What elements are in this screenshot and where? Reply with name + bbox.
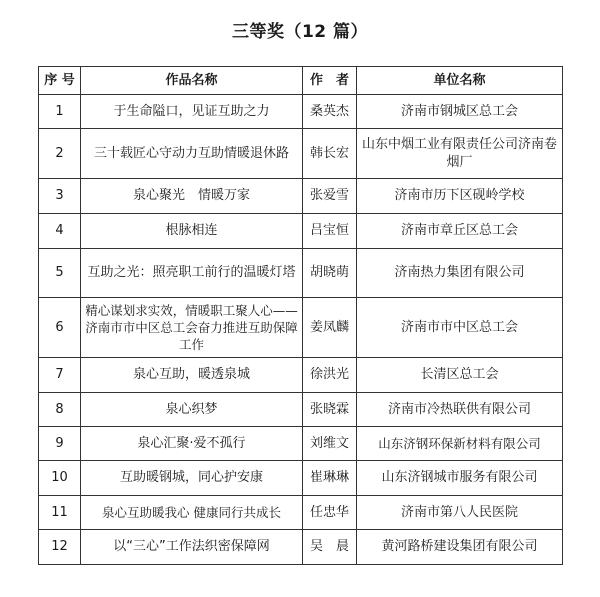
- row-title: 泉心互助暖我心 健康同行共成长: [81, 496, 303, 530]
- row-author: 徐洪光: [303, 358, 357, 393]
- table-row: 7 泉心互助，暖透泉城 徐洪光 长清区总工会: [39, 358, 563, 393]
- row-author: 吴 晨: [303, 530, 357, 565]
- table-row: 8 泉心织梦 张晓霖 济南市冷热联供有限公司: [39, 393, 563, 427]
- table-header-row: 序 号 作品名称 作 者 单位名称: [39, 67, 563, 95]
- header-no: 序 号: [39, 67, 81, 95]
- row-unit: 济南市历下区砚岭学校: [357, 179, 563, 214]
- page-title: 三等奖（12 篇）: [0, 17, 600, 42]
- row-title: 互助之光：照亮职工前行的温暖灯塔: [81, 249, 303, 298]
- row-author: 张爱雪: [303, 179, 357, 214]
- row-no: 2: [39, 129, 81, 179]
- awards-table: 序 号 作品名称 作 者 单位名称 1 于生命隘口，见证互助之力 桑英杰 济南市…: [38, 66, 563, 565]
- row-no: 8: [39, 393, 81, 427]
- row-unit: 济南市市中区总工会: [357, 298, 563, 358]
- row-author: 胡晓萌: [303, 249, 357, 298]
- row-no: 3: [39, 179, 81, 214]
- row-unit: 济南市第八人民医院: [357, 496, 563, 530]
- row-title: 泉心织梦: [81, 393, 303, 427]
- row-no: 9: [39, 427, 81, 461]
- row-author: 吕宝恒: [303, 214, 357, 249]
- row-author: 张晓霖: [303, 393, 357, 427]
- row-no: 12: [39, 530, 81, 565]
- table-row: 6 精心谋划求实效，情暖职工聚人心——济南市市中区总工会奋力推进互助保障工作 姜…: [39, 298, 563, 358]
- row-no: 7: [39, 358, 81, 393]
- row-unit: 黄河路桥建设集团有限公司: [357, 530, 563, 565]
- row-author: 韩长宏: [303, 129, 357, 179]
- row-title: 泉心互助，暖透泉城: [81, 358, 303, 393]
- header-title: 作品名称: [81, 67, 303, 95]
- row-unit: 济南热力集团有限公司: [357, 249, 563, 298]
- row-title: 于生命隘口，见证互助之力: [81, 95, 303, 129]
- table-row: 1 于生命隘口，见证互助之力 桑英杰 济南市钢城区总工会: [39, 95, 563, 129]
- row-author: 姜凤麟: [303, 298, 357, 358]
- row-author: 桑英杰: [303, 95, 357, 129]
- row-no: 6: [39, 298, 81, 358]
- row-author: 任忠华: [303, 496, 357, 530]
- row-unit: 长清区总工会: [357, 358, 563, 393]
- row-no: 5: [39, 249, 81, 298]
- row-no: 11: [39, 496, 81, 530]
- table-row: 4 根脉相连 吕宝恒 济南市章丘区总工会: [39, 214, 563, 249]
- table-row: 2 三十载匠心守动力互助情暖退休路 韩长宏 山东中烟工业有限责任公司济南卷烟厂: [39, 129, 563, 179]
- row-unit: 济南市钢城区总工会: [357, 95, 563, 129]
- table-row: 3 泉心聚光 情暖万家 张爱雪 济南市历下区砚岭学校: [39, 179, 563, 214]
- table-row: 5 互助之光：照亮职工前行的温暖灯塔 胡晓萌 济南热力集团有限公司: [39, 249, 563, 298]
- row-author: 崔琳琳: [303, 461, 357, 496]
- header-unit: 单位名称: [357, 67, 563, 95]
- row-no: 10: [39, 461, 81, 496]
- row-title: 精心谋划求实效，情暖职工聚人心——济南市市中区总工会奋力推进互助保障工作: [81, 298, 303, 358]
- row-unit: 山东济钢环保新材料有限公司: [357, 427, 563, 461]
- row-title: 泉心聚光 情暖万家: [81, 179, 303, 214]
- table-row: 11 泉心互助暖我心 健康同行共成长 任忠华 济南市第八人民医院: [39, 496, 563, 530]
- table-row: 12 以“三心”工作法织密保障网 吴 晨 黄河路桥建设集团有限公司: [39, 530, 563, 565]
- row-title: 三十载匠心守动力互助情暖退休路: [81, 129, 303, 179]
- row-title: 互助暖钢城，同心护安康: [81, 461, 303, 496]
- table-row: 9 泉心汇聚·爱不孤行 刘维文 山东济钢环保新材料有限公司: [39, 427, 563, 461]
- row-unit: 济南市章丘区总工会: [357, 214, 563, 249]
- row-no: 4: [39, 214, 81, 249]
- row-unit: 山东济钢城市服务有限公司: [357, 461, 563, 496]
- row-title: 以“三心”工作法织密保障网: [81, 530, 303, 565]
- row-unit: 山东中烟工业有限责任公司济南卷烟厂: [357, 129, 563, 179]
- row-title: 根脉相连: [81, 214, 303, 249]
- row-author: 刘维文: [303, 427, 357, 461]
- row-no: 1: [39, 95, 81, 129]
- row-unit: 济南市冷热联供有限公司: [357, 393, 563, 427]
- header-author: 作 者: [303, 67, 357, 95]
- table-row: 10 互助暖钢城，同心护安康 崔琳琳 山东济钢城市服务有限公司: [39, 461, 563, 496]
- row-title: 泉心汇聚·爱不孤行: [81, 427, 303, 461]
